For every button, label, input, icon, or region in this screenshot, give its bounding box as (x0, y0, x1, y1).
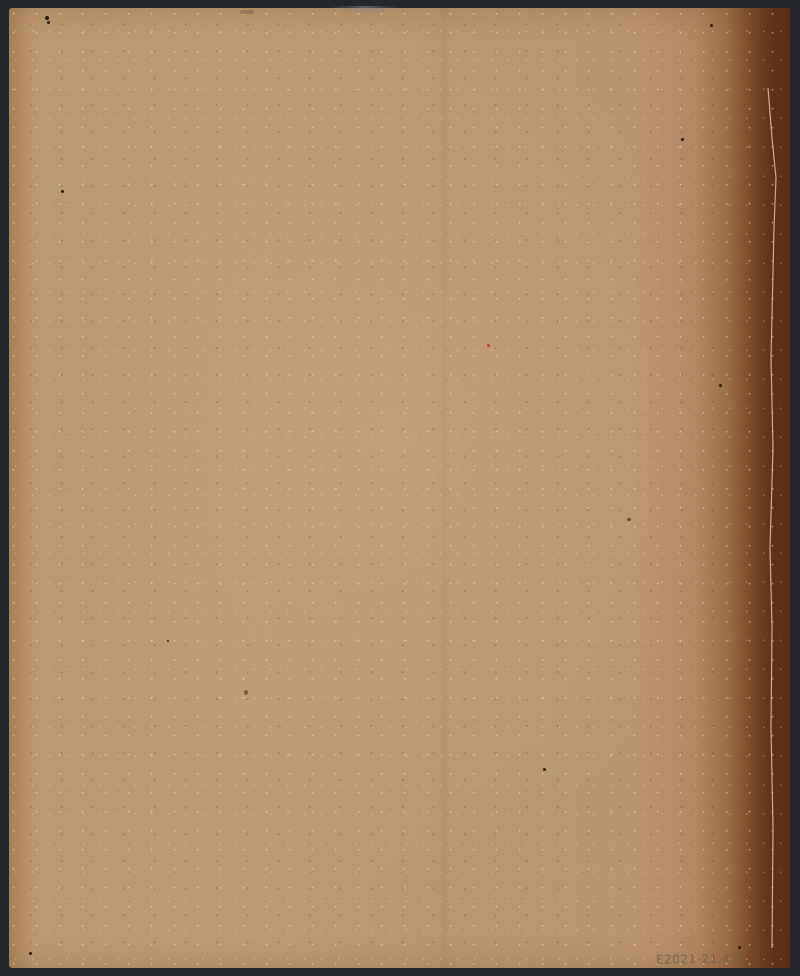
spot (29, 952, 32, 955)
paper-crease (437, 8, 451, 968)
paper-texture (9, 8, 790, 968)
top-mark (240, 10, 254, 14)
spot (45, 16, 49, 20)
edge-crack (766, 28, 780, 958)
spot (543, 768, 546, 771)
spot (738, 946, 741, 949)
red-spot (487, 344, 490, 347)
spot (167, 640, 169, 642)
spot (719, 384, 722, 387)
spot (627, 518, 631, 521)
paper-sheet (9, 8, 790, 968)
spot (244, 690, 248, 695)
spot (710, 24, 713, 27)
top-mark (330, 6, 400, 12)
spot (61, 190, 64, 193)
spot (47, 21, 50, 24)
spot (681, 138, 684, 141)
accession-number: E2021-21.439 (656, 951, 747, 967)
